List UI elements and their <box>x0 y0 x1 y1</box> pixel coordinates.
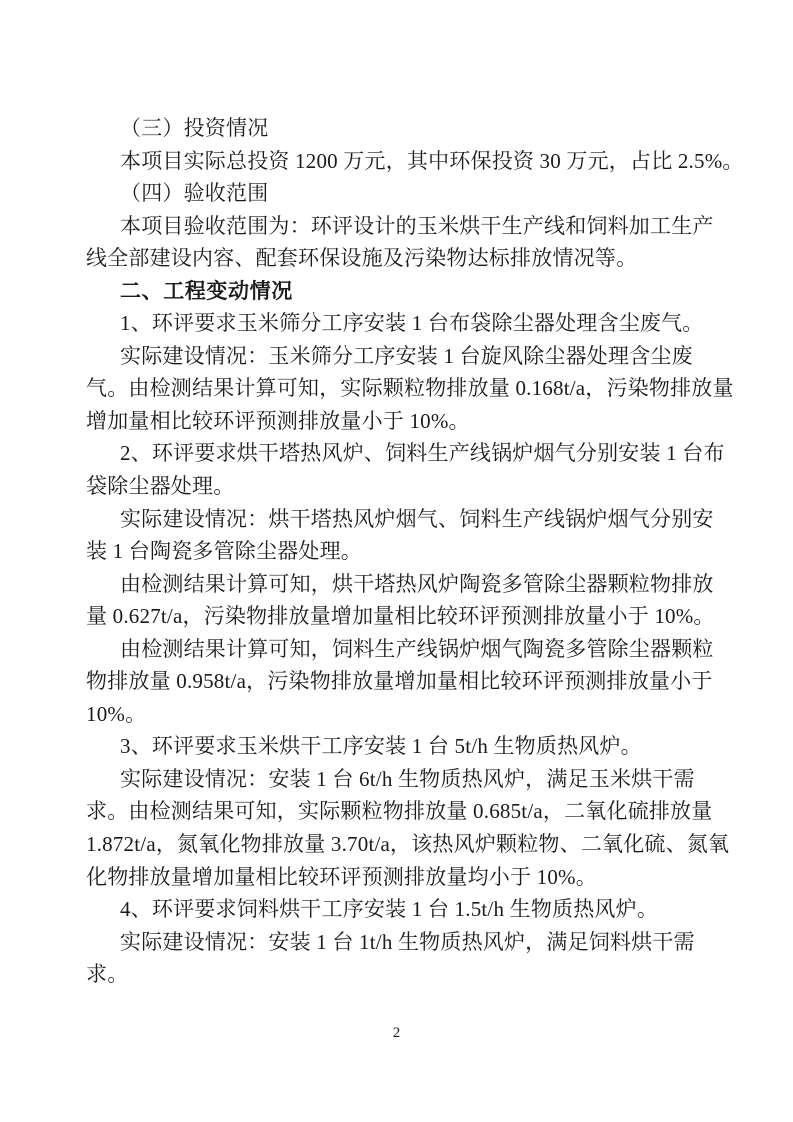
text-line: 由检测结果计算可知，饲料生产线锅炉烟气陶瓷多管除尘器颗粒 <box>86 633 702 666</box>
sub-heading: （四）验收范围 <box>86 177 702 210</box>
body-paragraph: 2、环评要求烘干塔热风炉、饲料生产线锅炉烟气分别安装 1 台布袋除尘器处理。 <box>86 437 702 502</box>
body-paragraph: 1、环评要求玉米筛分工序安装 1 台布袋除尘器处理含尘废气。 <box>86 307 702 340</box>
body-paragraph: 由检测结果计算可知，烘干塔热风炉陶瓷多管除尘器颗粒物排放量 0.627t/a，污… <box>86 568 702 633</box>
section-heading: 二、工程变动情况 <box>86 275 702 308</box>
text-line: 3、环评要求玉米烘干工序安装 1 台 5t/h 生物质热风炉。 <box>86 730 702 763</box>
body-paragraph: 3、环评要求玉米烘干工序安装 1 台 5t/h 生物质热风炉。 <box>86 730 702 763</box>
body-paragraph: 实际建设情况：安装 1 台 1t/h 生物质热风炉，满足饲料烘干需求。 <box>86 926 702 991</box>
body-paragraph: 实际建设情况：烘干塔热风炉烟气、饲料生产线锅炉烟气分别安装 1 台陶瓷多管除尘器… <box>86 503 702 568</box>
text-line: 本项目实际总投资 1200 万元，其中环保投资 30 万元，占比 2.5%。 <box>86 145 702 178</box>
text-line: 由检测结果计算可知，烘干塔热风炉陶瓷多管除尘器颗粒物排放 <box>86 568 702 601</box>
text-line: 量 0.627t/a，污染物排放量增加量相比较环评预测排放量小于 10%。 <box>86 600 702 633</box>
text-line: 实际建设情况：安装 1 台 1t/h 生物质热风炉，满足饲料烘干需 <box>86 926 702 959</box>
page-number: 2 <box>393 1025 401 1041</box>
text-line: 10%。 <box>86 698 702 731</box>
page-footer: 2 <box>0 1023 793 1043</box>
text-line: 线全部建设内容、配套环保设施及污染物达标排放情况等。 <box>86 242 702 275</box>
sub-heading: （三）投资情况 <box>86 112 702 145</box>
page-content: （三）投资情况本项目实际总投资 1200 万元，其中环保投资 30 万元，占比 … <box>86 112 702 991</box>
text-line: 化物排放量增加量相比较环评预测排放量均小于 10%。 <box>86 861 702 894</box>
text-line: 袋除尘器处理。 <box>86 470 702 503</box>
text-line: 实际建设情况：安装 1 台 6t/h 生物质热风炉，满足玉米烘干需 <box>86 763 702 796</box>
body-paragraph: 实际建设情况：安装 1 台 6t/h 生物质热风炉，满足玉米烘干需求。由检测结果… <box>86 763 702 893</box>
text-line: （四）验收范围 <box>86 177 702 210</box>
text-line: 气。由检测结果计算可知，实际颗粒物排放量 0.168t/a，污染物排放量 <box>86 372 702 405</box>
text-line: 实际建设情况：玉米筛分工序安装 1 台旋风除尘器处理含尘废 <box>86 340 702 373</box>
text-line: 物排放量 0.958t/a，污染物排放量增加量相比较环评预测排放量小于 <box>86 665 702 698</box>
body-paragraph: 4、环评要求饲料烘干工序安装 1 台 1.5t/h 生物质热风炉。 <box>86 893 702 926</box>
text-line: 二、工程变动情况 <box>86 275 702 308</box>
body-paragraph: 由检测结果计算可知，饲料生产线锅炉烟气陶瓷多管除尘器颗粒物排放量 0.958t/… <box>86 633 702 731</box>
text-line: 实际建设情况：烘干塔热风炉烟气、饲料生产线锅炉烟气分别安 <box>86 503 702 536</box>
text-line: 4、环评要求饲料烘干工序安装 1 台 1.5t/h 生物质热风炉。 <box>86 893 702 926</box>
body-paragraph: 本项目验收范围为：环评设计的玉米烘干生产线和饲料加工生产线全部建设内容、配套环保… <box>86 210 702 275</box>
text-line: 增加量相比较环评预测排放量小于 10%。 <box>86 405 702 438</box>
text-line: 求。 <box>86 958 702 991</box>
body-paragraph: 实际建设情况：玉米筛分工序安装 1 台旋风除尘器处理含尘废气。由检测结果计算可知… <box>86 340 702 438</box>
text-line: 2、环评要求烘干塔热风炉、饲料生产线锅炉烟气分别安装 1 台布 <box>86 437 702 470</box>
text-line: （三）投资情况 <box>86 112 702 145</box>
body-paragraph: 本项目实际总投资 1200 万元，其中环保投资 30 万元，占比 2.5%。 <box>86 145 702 178</box>
text-line: 1、环评要求玉米筛分工序安装 1 台布袋除尘器处理含尘废气。 <box>86 307 702 340</box>
text-line: 求。由检测结果可知，实际颗粒物排放量 0.685t/a，二氧化硫排放量 <box>86 795 702 828</box>
text-line: 装 1 台陶瓷多管除尘器处理。 <box>86 535 702 568</box>
text-line: 本项目验收范围为：环评设计的玉米烘干生产线和饲料加工生产 <box>86 210 702 243</box>
text-line: 1.872t/a，氮氧化物排放量 3.70t/a，该热风炉颗粒物、二氧化硫、氮氧 <box>86 828 702 861</box>
document-page: （三）投资情况本项目实际总投资 1200 万元，其中环保投资 30 万元，占比 … <box>0 0 793 1122</box>
